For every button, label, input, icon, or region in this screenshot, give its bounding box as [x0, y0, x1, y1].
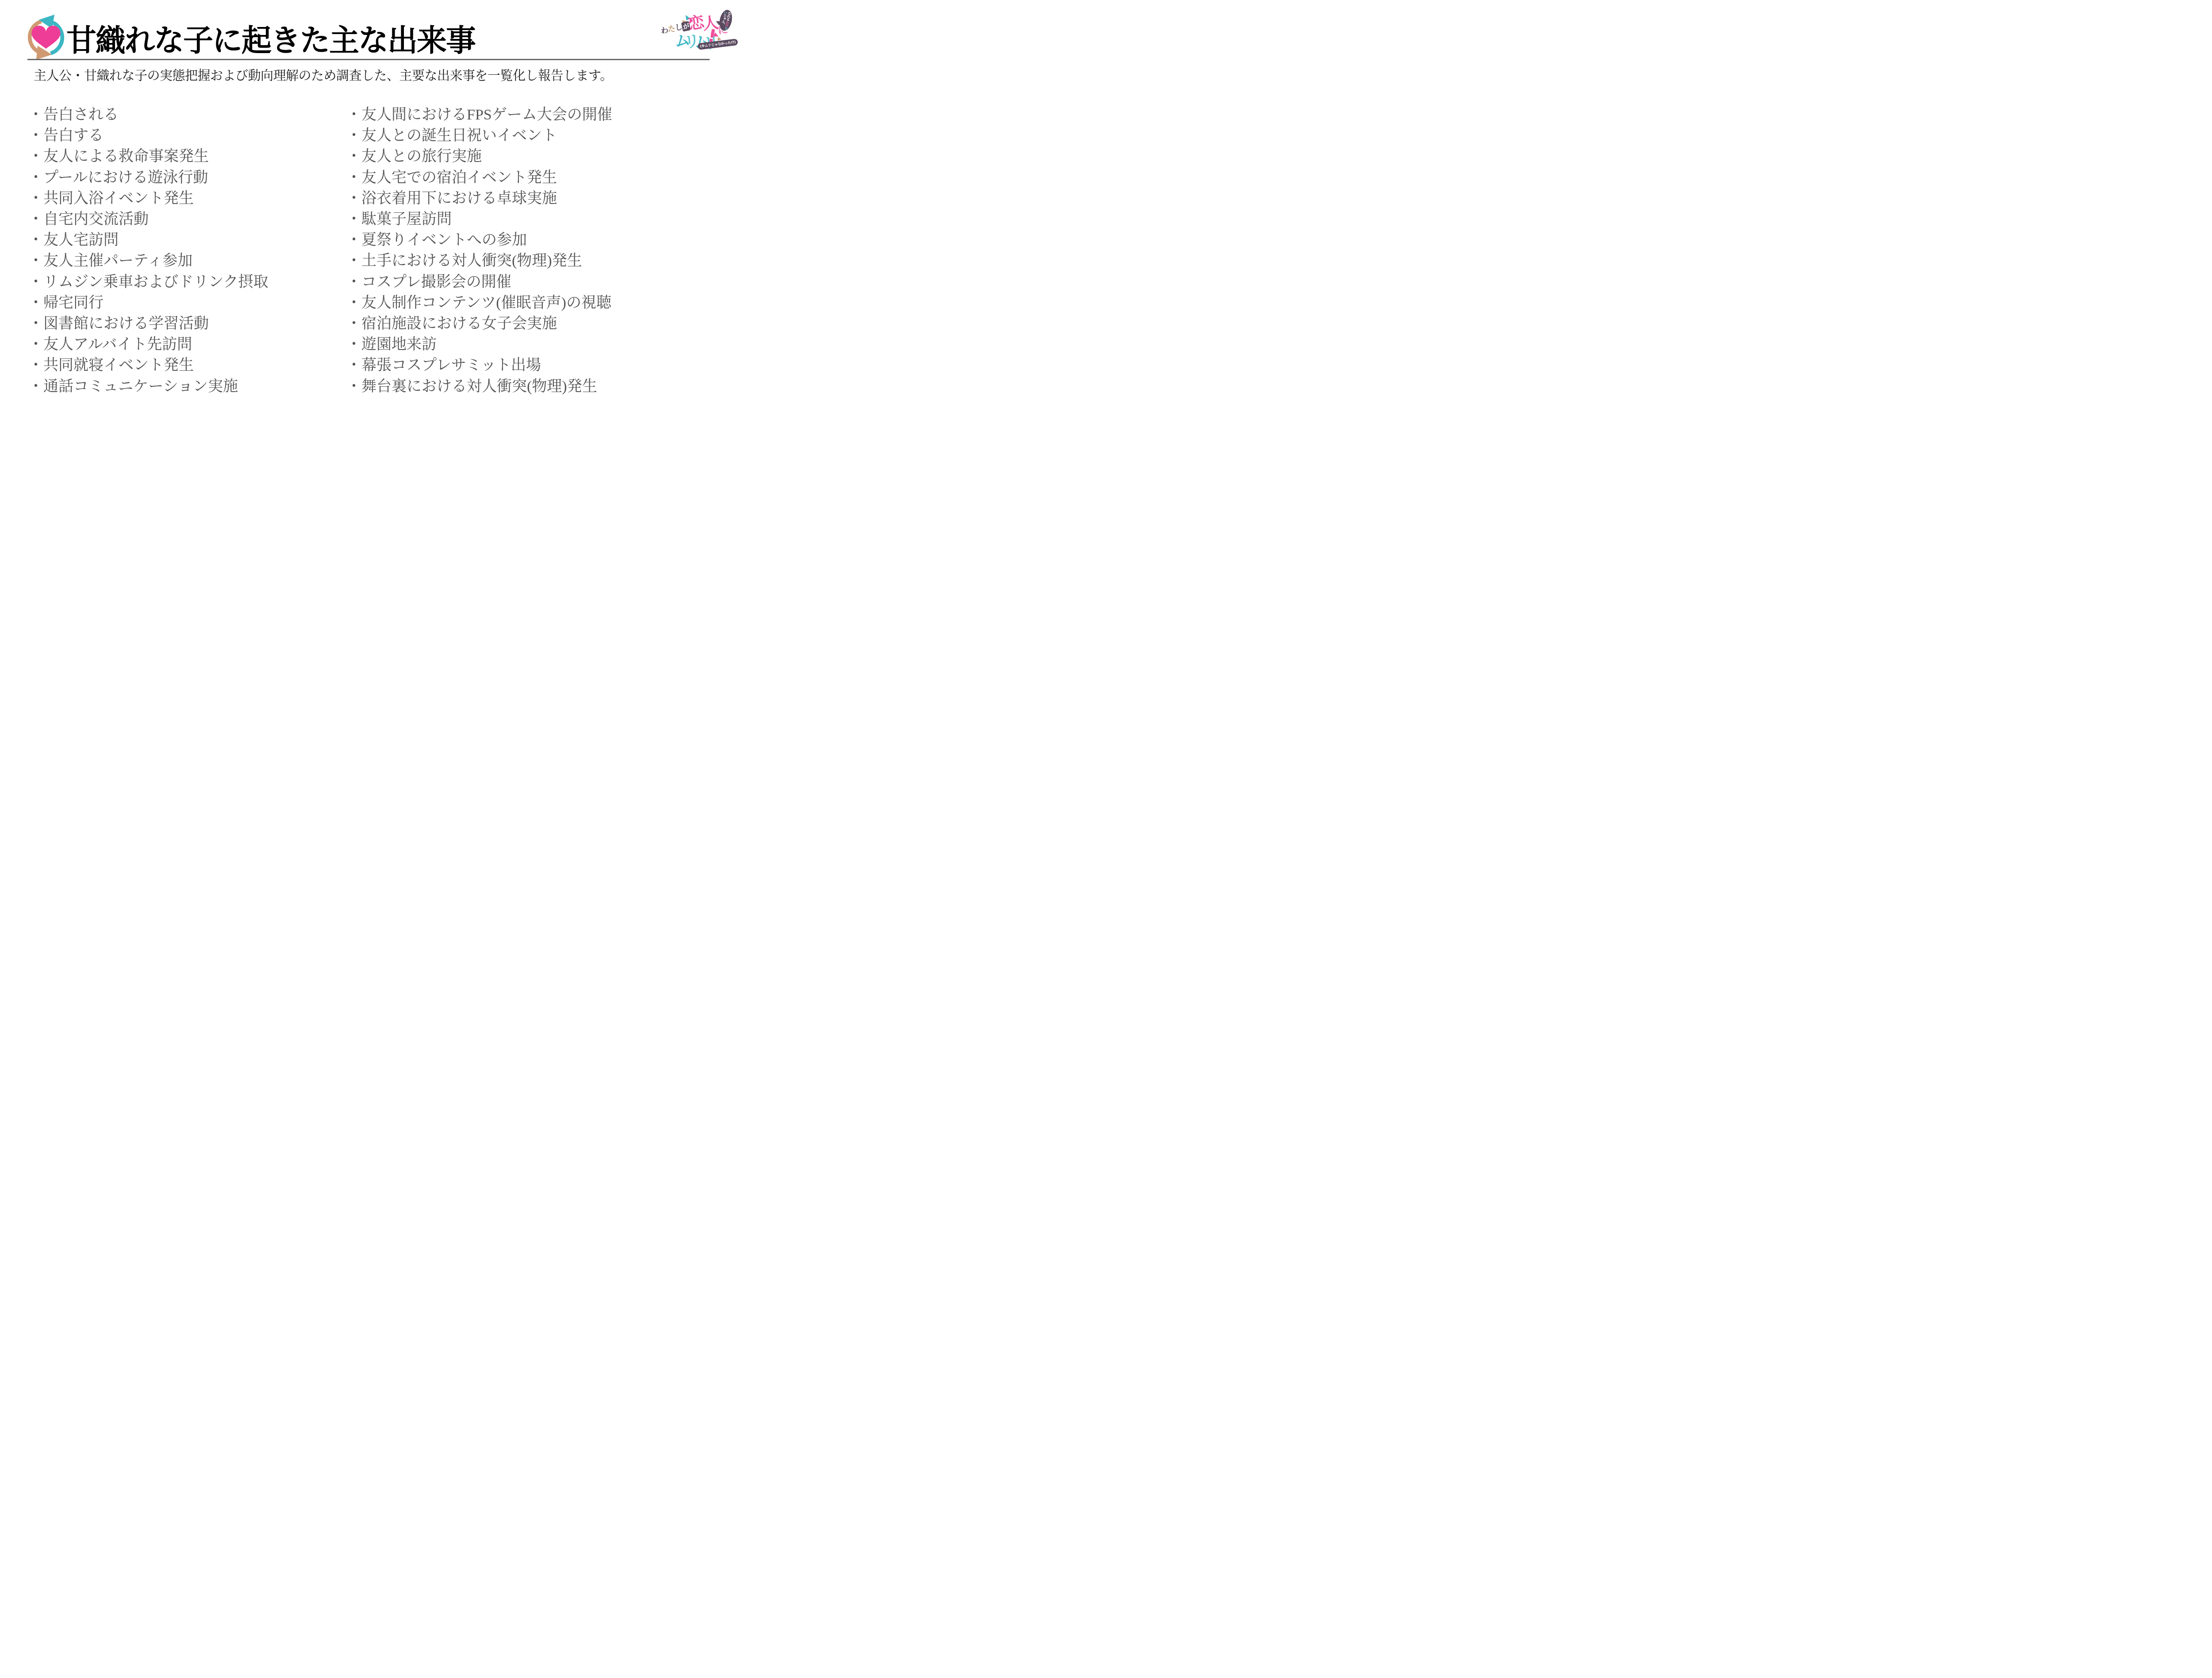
event-item: ・友人との旅行実施 [346, 146, 612, 167]
page-title: 甘織れな子に起きた主な出来事 [66, 17, 475, 60]
logo-char: わ [660, 24, 668, 36]
event-item: ・図書館における学習活動 [28, 313, 268, 334]
event-item: ・告白される [28, 104, 268, 125]
event-item: ・プールにおける遊泳行動 [28, 167, 268, 188]
event-item: ・リムジン乗車およびドリンク摂取 [28, 272, 268, 292]
sync-heart-icon [25, 12, 67, 62]
event-item: ・友人による救命事案発生 [28, 146, 268, 167]
event-item: ・友人制作コンテンツ(催眠音声)の視聴 [346, 292, 612, 313]
logo-bubble-text: なれるわけないじゃん、 [720, 11, 732, 31]
slide-subtitle: 主人公・甘織れな子の実態把握および動向理解のため調査した、主要な出来事を一覧化し… [34, 66, 613, 84]
event-item: ・友人宅での宿泊イベント発生 [346, 167, 612, 188]
logo-char: な [724, 27, 729, 31]
event-item: ・幕張コスプレサミット出場 [346, 355, 612, 376]
event-item: ・駄菓子屋訪問 [346, 209, 612, 230]
event-item: ・土手における対人衝突(物理)発生 [346, 250, 612, 271]
event-item: ・舞台裏における対人衝突(物理)発生 [346, 376, 612, 397]
event-item: ・友人主催パーティ参加 [28, 250, 268, 271]
event-item: ・夏祭りイベントへの参加 [346, 230, 612, 250]
event-item: ・自宅内交流活動 [28, 209, 268, 230]
event-item: ・帰宅同行 [28, 292, 268, 313]
events-column-right: ・友人間におけるFPSゲーム大会の開催・友人との誕生日祝いイベント・友人との旅行… [346, 104, 612, 397]
event-item: ・共同入浴イベント発生 [28, 188, 268, 209]
event-item: ・友人宅訪問 [28, 230, 268, 250]
series-logo: わたしが 恋人に なれるわけないじゃん、 ムリムリ ! (※ムリじゃなかった!?… [659, 9, 738, 56]
event-item: ・遊園地来訪 [346, 334, 612, 355]
event-item: ・共同就寝イベント発生 [28, 355, 268, 376]
event-item: ・告白する [28, 125, 268, 146]
event-item: ・通話コミュニケーション実施 [28, 376, 268, 397]
event-item: ・浴衣着用下における卓球実施 [346, 188, 612, 209]
slide: 甘織れな子に起きた主な出来事 わたしが 恋人に なれるわけないじゃん、 ムリムリ… [0, 0, 747, 419]
logo-char: 、 [721, 23, 725, 27]
title-divider [27, 59, 710, 60]
event-item: ・コスプレ撮影会の開催 [346, 272, 612, 292]
events-column-left: ・告白される・告白する・友人による救命事案発生・プールにおける遊泳行動・共同入浴… [28, 104, 268, 397]
event-item: ・友人との誕生日祝いイベント [346, 125, 612, 146]
event-item: ・宿泊施設における女子会実施 [346, 313, 612, 334]
event-item: ・友人間におけるFPSゲーム大会の開催 [346, 104, 612, 125]
event-item: ・友人アルバイト先訪問 [28, 334, 268, 355]
